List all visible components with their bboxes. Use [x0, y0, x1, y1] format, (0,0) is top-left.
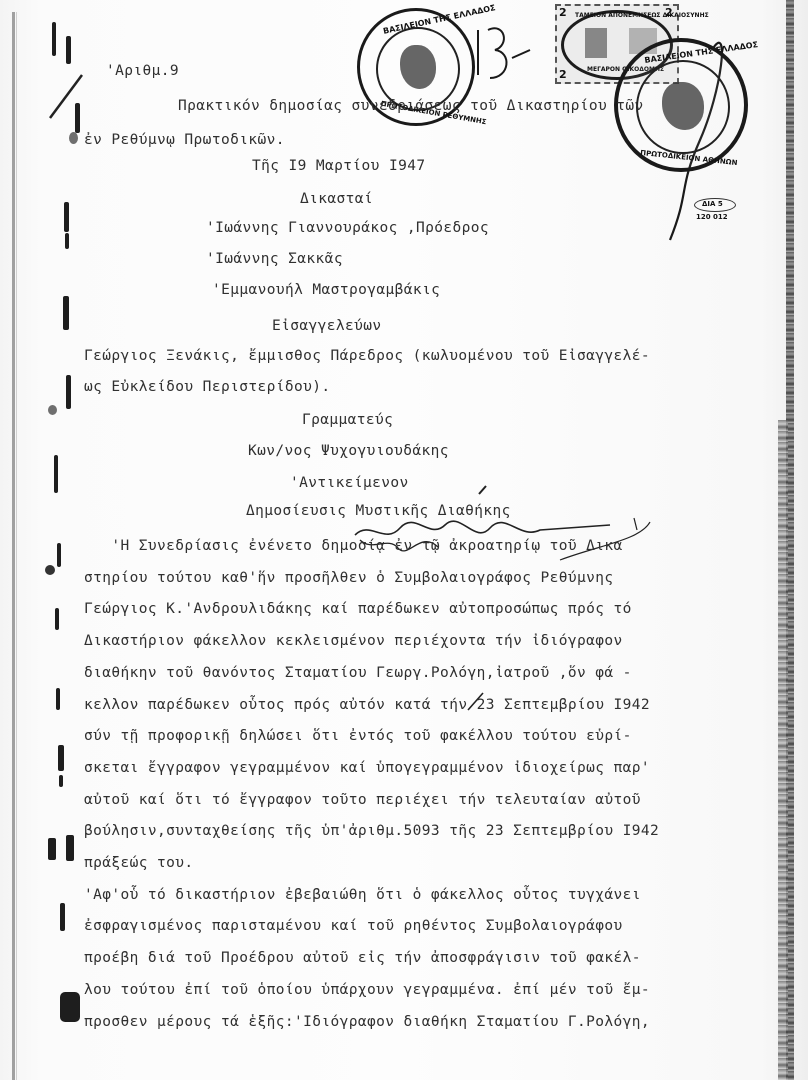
body-line: 'Αφ'οὗ τό δικαστήριον ἐβεβαιώθη ὅτι ὁ φά… [84, 886, 641, 904]
subject-title: Δημοσίευσις Μυστικῆς Διαθήκης [246, 502, 511, 520]
body-line: κελλον παρέδωκεν οὗτος πρός αὐτόν κατά τ… [84, 696, 650, 714]
judges-heading: Δικασταί [300, 190, 373, 208]
body-line: πράξεώς του. [84, 854, 194, 872]
small-registry-stamp: ΔΙΑ 5 120 012 [694, 198, 736, 224]
body-line: 'Η Συνεδρίασις ἐνένετο δημοσίᾳ ἐν τῷ ἀκρ… [84, 537, 623, 555]
scanned-document-page: ΒΑΣΙΛΕΙΟΝ ΤΗΣ ΕΛΛΑΔΟΣ ΠΡΩΤΟΔΙΚΕΙΟΝ ΡΕΘΥΜ… [0, 0, 808, 1080]
small-stamp-line-1: ΔΙΑ 5 [702, 200, 723, 208]
subject-heading: 'Αντικείμενον [290, 474, 409, 492]
prosecutor-heading: Εἰσαγγελεύων [272, 317, 382, 335]
document-number: 'Αριθμ.9 [106, 62, 179, 80]
secretary-heading: Γραμματεύς [302, 411, 393, 429]
body-line: βούλησιν,συνταχθείσης τῆς ὑπ'ἀριθμ.5093 … [84, 822, 659, 840]
revenue-stamp-text: ΤΑΜΕΙΟΝ ΑΠΟΝΕΜΗΣΕΩΣ ΔΙΚΑΙΟΣΥΝΗΣ [575, 12, 709, 19]
body-line: προσθεν μέρους τά ἑξῆς:'Ιδιόγραφον διαθή… [84, 1013, 650, 1031]
body-line: προέβη διά τοῦ Προέδρου αὐτοῦ εἰς τήν ἀπ… [84, 949, 641, 967]
body-line: λου τούτου ἐπί τοῦ ὁποίου ὑπάρχουν γεγρα… [84, 981, 650, 999]
prosecutor-line-2: ως Εὐκλείδου Περιστερίδου). [84, 378, 331, 396]
judge-presiding: 'Ιωάννης Γιαννουράκος ,Πρόεδρος [206, 219, 489, 237]
revenue-stamp-value: 2 [559, 68, 567, 81]
judge-member: 'Ιωάννης Σακκᾶς [206, 250, 343, 268]
body-line: στηρίου τούτου καθ'ἥν προσῆλθεν ὁ Συμβολ… [84, 569, 614, 587]
body-line: Δικαστήριον φάκελλον κεκλεισμένον περιέχ… [84, 632, 623, 650]
document-title-line-2: ἐν Ρεθύμνῳ Πρωτοδικῶν. [84, 131, 285, 149]
body-line: αὐτοῦ καί ὅτι τό ἔγγραφον τοῦτο περιέχει… [84, 791, 641, 809]
session-date: Τῆς I9 Μαρτίου I947 [252, 157, 425, 175]
prosecutor-line-1: Γεώργιος Ξενάκις, ἔμμισθος Πάρεδρος (κωλ… [84, 347, 650, 365]
body-line: σύν τῇ προφορικῇ δηλώσει ὅτι ἐντός τοῦ φ… [84, 727, 632, 745]
body-line: Γεώργιος Κ.'Ανδρουλιδάκης καί παρέδωκεν … [84, 600, 632, 618]
body-line: διαθήκην τοῦ θανόντος Σταματίου Γεωργ.Ρο… [84, 664, 632, 682]
body-line: ἐσφραγισμένος παρισταμένου καί τοῦ ρηθέν… [84, 917, 623, 935]
crest-emblem-icon [662, 82, 704, 130]
revenue-stamp-value: 2 [559, 6, 567, 19]
document-title-line-1: Πρακτικόν δημοσίας συνεδριάσεως τοῦ Δικα… [178, 97, 644, 115]
small-stamp-line-2: 120 012 [696, 213, 728, 221]
body-line: σκεται ἔγγραφον γεγραμμένον καί ὑπογεγρα… [84, 759, 650, 777]
building-icon [585, 28, 607, 58]
secretary-name: Κων/νος Ψυχογυιουδάκης [248, 442, 449, 460]
judge-member: 'Εμμανουήλ Μαστρογαμβάκις [212, 281, 440, 299]
crest-emblem-icon [400, 45, 436, 89]
